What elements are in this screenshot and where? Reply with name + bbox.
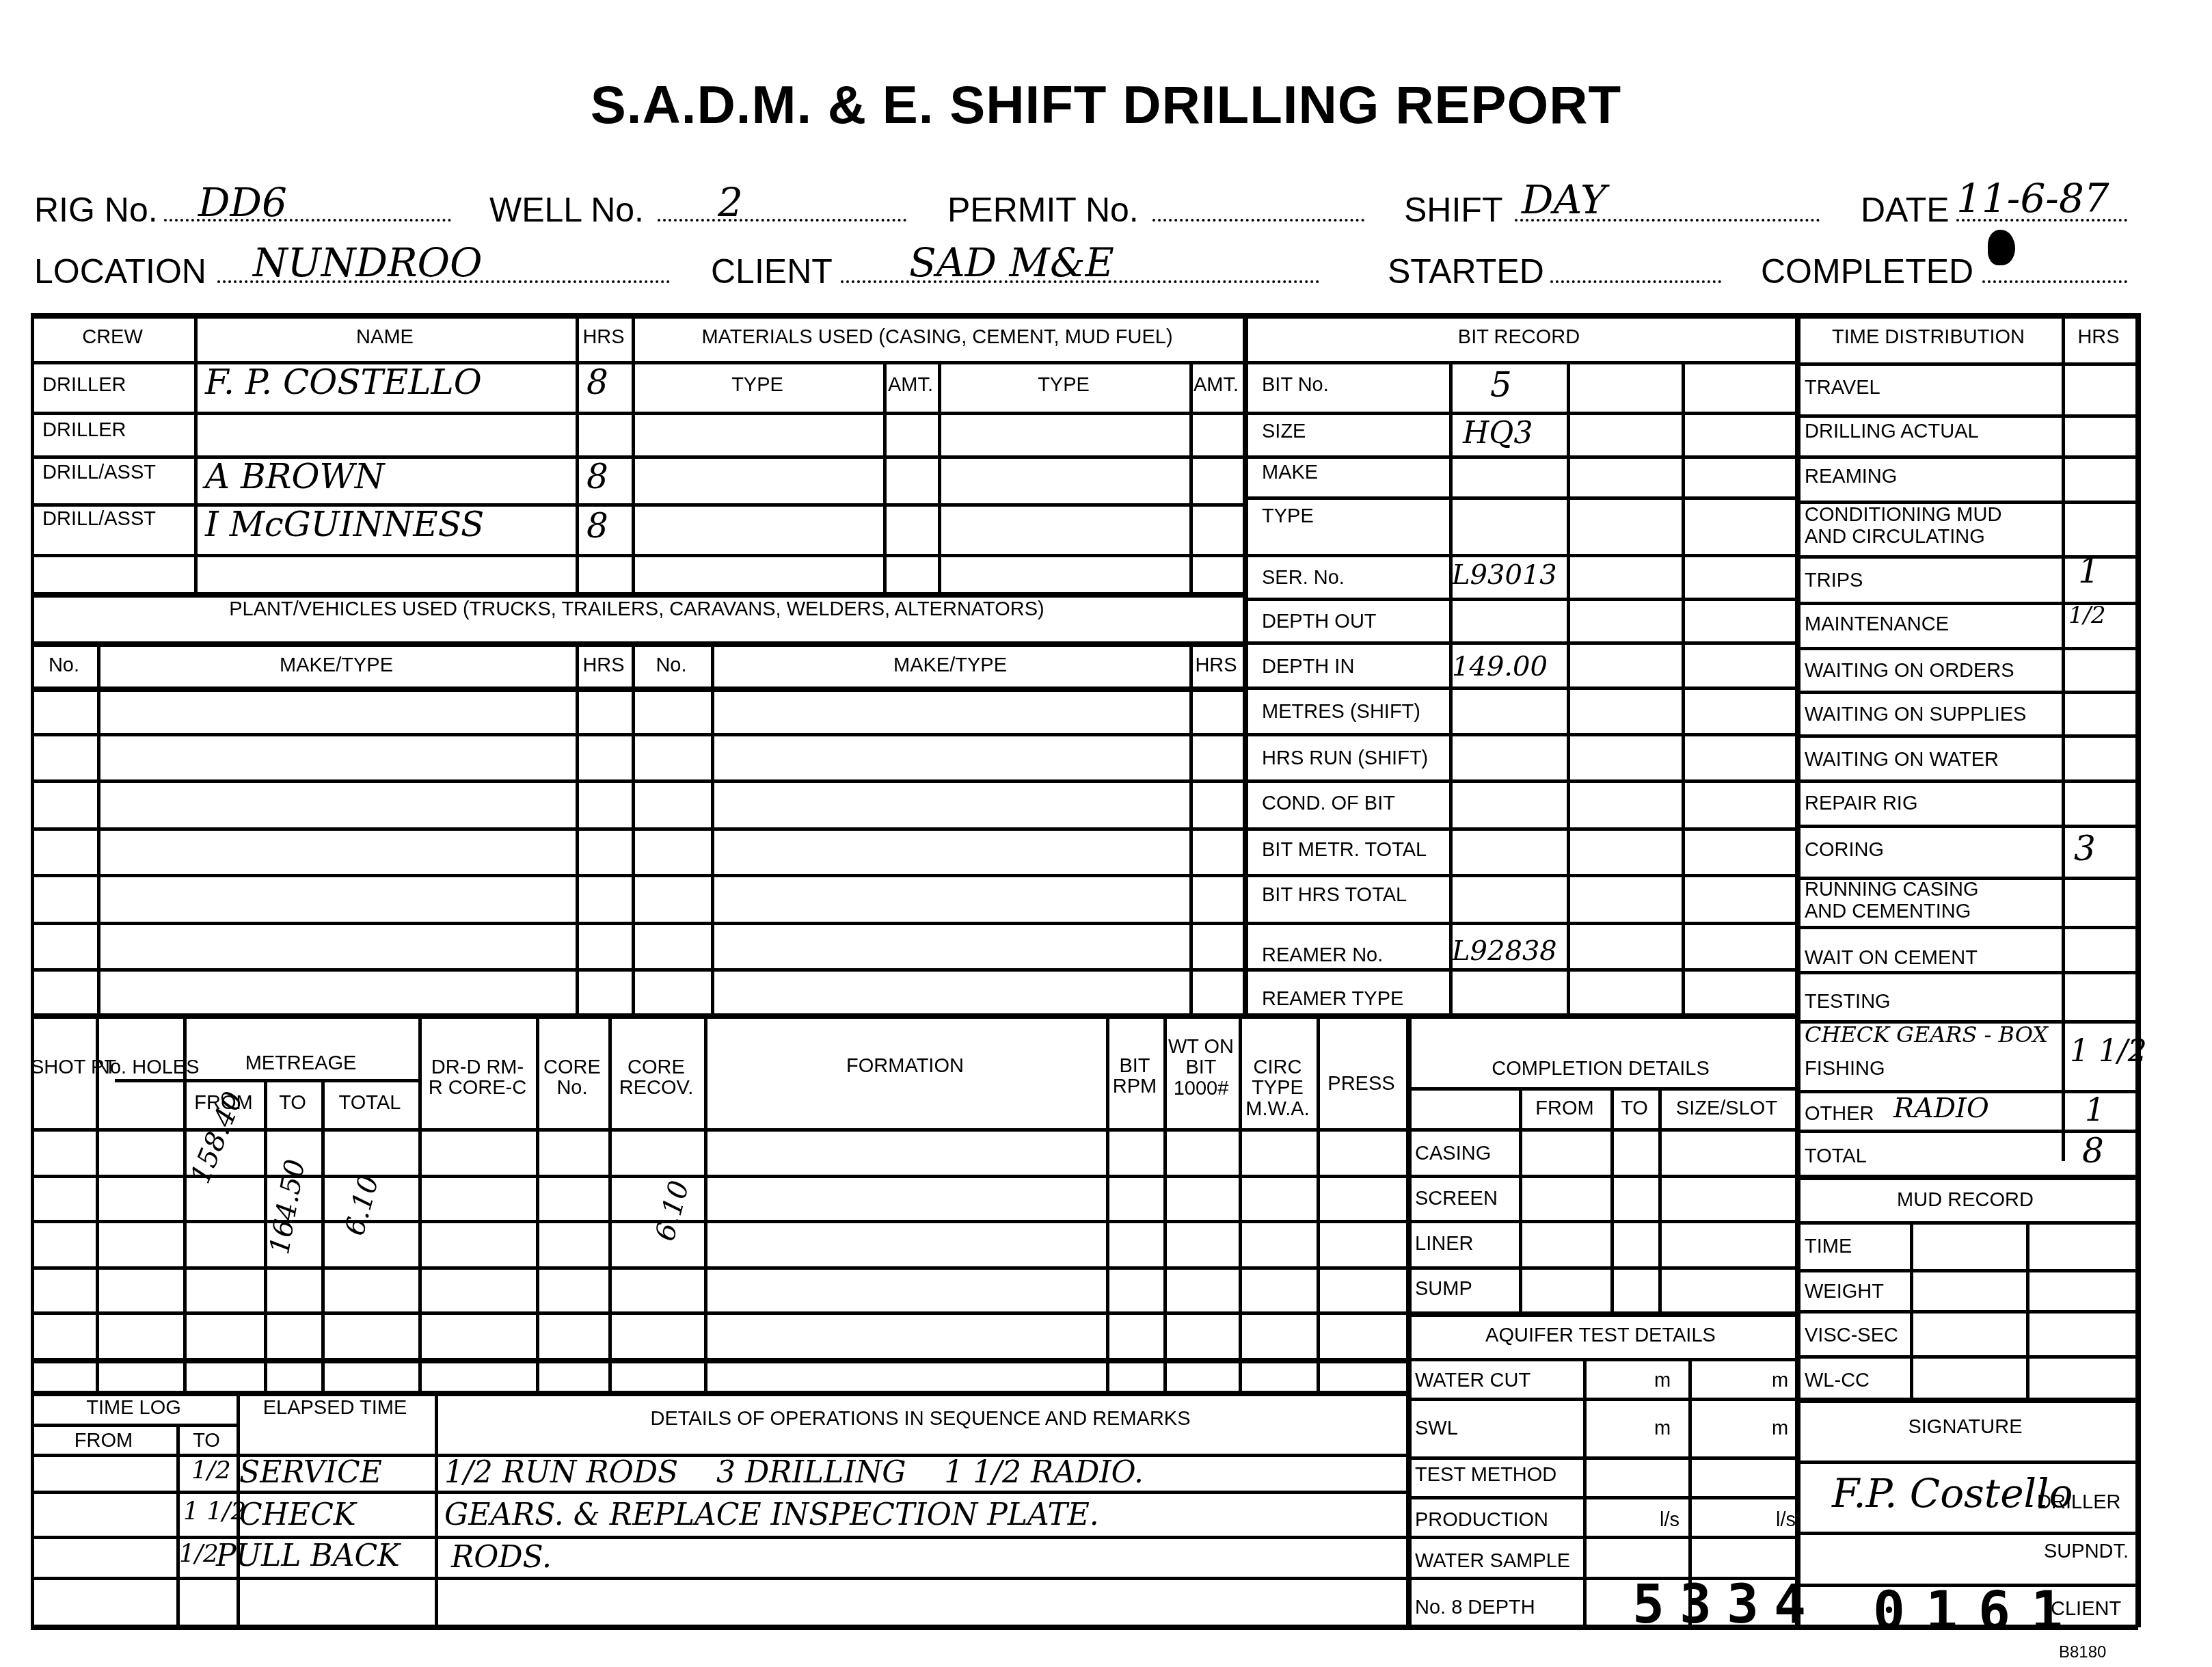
time-dist-hrs-header: HRS bbox=[2062, 327, 2135, 347]
grid-line bbox=[1795, 971, 2135, 974]
time-dist-label: TOTAL bbox=[1805, 1146, 1867, 1166]
time-dist-label: WAITING ON ORDERS bbox=[1805, 661, 2014, 681]
bit-label: HRS RUN (SHIFT) bbox=[1262, 748, 1428, 769]
grid-line bbox=[115, 1079, 421, 1082]
time-dist-label: REAMING bbox=[1805, 466, 1897, 487]
time-dist-label: WAIT ON CEMENT bbox=[1805, 948, 1978, 968]
details-header: DETAILS OF OPERATIONS IN SEQUENCE AND RE… bbox=[435, 1409, 1406, 1429]
grid-line bbox=[632, 313, 635, 592]
materials-type-header: TYPE bbox=[938, 375, 1189, 395]
grid-line bbox=[632, 641, 635, 1013]
name-header: NAME bbox=[194, 327, 576, 347]
crew-name[interactable]: A BROWN bbox=[205, 457, 385, 496]
completed-field-line[interactable] bbox=[1982, 280, 2127, 283]
bit-label: BIT No. bbox=[1262, 375, 1329, 395]
plant-make-header: MAKE/TYPE bbox=[97, 655, 576, 676]
bit-label: REAMER TYPE bbox=[1262, 989, 1403, 1009]
location-value[interactable]: NUNDROO bbox=[253, 239, 483, 286]
grid-line bbox=[576, 641, 579, 1013]
mud-label: TIME bbox=[1805, 1236, 1852, 1257]
grid-line bbox=[1406, 1456, 1795, 1460]
completion-to-header: TO bbox=[1610, 1098, 1658, 1119]
grid-line bbox=[1243, 641, 1795, 645]
grid-line bbox=[1243, 361, 1795, 364]
bit-label: BIT HRS TOTAL bbox=[1262, 885, 1407, 905]
time-log-elapsed[interactable]: SERVICE bbox=[239, 1455, 382, 1490]
time-log-title: TIME LOG bbox=[31, 1398, 237, 1418]
grid-line bbox=[1406, 1398, 1795, 1401]
started-field-line[interactable] bbox=[1550, 280, 1721, 283]
plant-title: PLANT/VEHICLES USED (TRUCKS, TRAILERS, C… bbox=[31, 599, 1243, 619]
time-log-to-header: TO bbox=[176, 1430, 237, 1451]
well-no-field-line[interactable] bbox=[658, 219, 906, 222]
grid-line bbox=[31, 592, 1243, 598]
grid-line bbox=[1795, 362, 2135, 366]
time-dist-label: TRAVEL bbox=[1805, 377, 1880, 398]
time-dist-label: DRILLING ACTUAL bbox=[1805, 421, 1979, 442]
grid-line bbox=[1406, 1536, 1795, 1539]
grid-line bbox=[1795, 779, 2135, 783]
grid-line bbox=[1610, 1087, 1614, 1311]
crew-hrs-header: HRS bbox=[576, 327, 632, 347]
bit-label: SER. No. bbox=[1262, 568, 1345, 588]
crew-role: DRILLER bbox=[42, 375, 126, 395]
crew-hrs[interactable]: 8 bbox=[586, 457, 608, 496]
grid-line bbox=[31, 554, 1243, 557]
grid-line bbox=[883, 361, 887, 592]
time-dist-hrs[interactable]: 1 bbox=[2078, 551, 2100, 591]
completion-title: COMPLETION DETAILS bbox=[1406, 1058, 1795, 1079]
grid-line bbox=[1583, 1358, 1587, 1625]
crew-header: CREW bbox=[31, 327, 194, 347]
client-value[interactable]: SAD M&E bbox=[909, 239, 1114, 286]
completed-label: COMPLETED bbox=[1761, 252, 1973, 291]
grid-line bbox=[711, 641, 714, 1013]
plant-no-header: No. bbox=[31, 655, 97, 676]
grid-line bbox=[31, 686, 1243, 692]
grid-line bbox=[1243, 968, 1795, 972]
grid-line bbox=[1243, 827, 1795, 831]
grid-line bbox=[1658, 1087, 1662, 1311]
grid-line bbox=[1795, 691, 2135, 694]
grid-line bbox=[31, 1424, 239, 1427]
bit-value[interactable]: L92838 bbox=[1452, 935, 1557, 967]
metreage-total-value[interactable]: 6.10 bbox=[339, 1172, 385, 1239]
completion-label: LINER bbox=[1415, 1233, 1473, 1254]
grid-line bbox=[1406, 1496, 1795, 1499]
aquifer-label: No. 8 DEPTH bbox=[1415, 1597, 1535, 1618]
report-title: S.A.D.M. & E. SHIFT DRILLING REPORT bbox=[0, 74, 2212, 136]
grid-line bbox=[1406, 1220, 1795, 1223]
grid-line bbox=[31, 1358, 1406, 1363]
bit-record-title: BIT RECORD bbox=[1243, 327, 1795, 347]
other-note[interactable]: RADIO bbox=[1893, 1093, 1989, 1124]
signature-title: SIGNATURE bbox=[1795, 1417, 2135, 1437]
grid-line bbox=[31, 1220, 1406, 1223]
grid-line bbox=[1406, 1087, 1795, 1091]
grid-line bbox=[321, 1079, 325, 1391]
grid-line bbox=[194, 313, 198, 592]
ink-blot bbox=[1988, 230, 2015, 265]
bit-label: METRES (SHIFT) bbox=[1262, 702, 1420, 722]
shift-value[interactable]: DAY bbox=[1522, 176, 1606, 223]
grid-line bbox=[1243, 554, 1795, 557]
well-no-label: WELL No. bbox=[489, 190, 644, 230]
client-sig-label: CLIENT bbox=[2051, 1599, 2121, 1619]
time-log-elapsed[interactable]: PULL BACK bbox=[216, 1538, 400, 1573]
grid-line bbox=[1189, 361, 1193, 592]
materials-type-header: TYPE bbox=[632, 375, 883, 395]
completion-label: SCREEN bbox=[1415, 1188, 1498, 1209]
elapsed-time-header: ELAPSED TIME bbox=[260, 1398, 410, 1418]
time-dist-label: WAITING ON WATER bbox=[1805, 749, 1999, 770]
aquifer-unit: m bbox=[1772, 1370, 1788, 1391]
fishing-note[interactable]: CHECK GEARS - BOX bbox=[1805, 1022, 2048, 1048]
time-dist-hrs[interactable]: 1/2 bbox=[2068, 602, 2106, 629]
divider-bit-record bbox=[1243, 313, 1248, 1013]
no-holes-header: No. HOLES bbox=[96, 1057, 183, 1078]
crew-role: DRILLER bbox=[42, 420, 126, 440]
time-log-to[interactable]: 1/2 bbox=[179, 1540, 219, 1568]
time-dist-label: CORING bbox=[1805, 840, 1884, 860]
time-log-details[interactable]: RODS. bbox=[451, 1540, 552, 1575]
grid-line bbox=[1795, 455, 2135, 459]
frame-top bbox=[31, 313, 2138, 319]
aquifer-unit: m bbox=[1772, 1418, 1788, 1439]
time-dist-hrs[interactable]: 1 bbox=[2085, 1091, 2105, 1128]
mud-record-title: MUD RECORD bbox=[1795, 1190, 2135, 1210]
grid-line bbox=[1406, 1311, 1795, 1317]
drd-header: DR-D RM-R CORE-C bbox=[428, 1057, 527, 1099]
plant-hrs-header: HRS bbox=[1189, 655, 1243, 676]
metreage-to-value[interactable]: 164.50 bbox=[264, 1157, 312, 1257]
grid-line bbox=[31, 1266, 1406, 1270]
aquifer-unit: l/s bbox=[1660, 1510, 1680, 1530]
bit-label: DEPTH OUT bbox=[1262, 611, 1377, 632]
mud-label: VISC-SEC bbox=[1805, 1325, 1898, 1346]
time-dist-label: CONDITIONING MUD bbox=[1805, 505, 2001, 525]
aquifer-unit: l/s bbox=[1776, 1510, 1796, 1530]
grid-line bbox=[1243, 733, 1795, 736]
aquifer-label: WATER CUT bbox=[1415, 1370, 1530, 1391]
time-dist-label: OTHER bbox=[1805, 1104, 1874, 1124]
materials-amt-header: AMT. bbox=[1189, 375, 1243, 395]
grid-line bbox=[1243, 779, 1795, 783]
grid-line bbox=[31, 1013, 1795, 1019]
grid-line bbox=[1795, 1175, 2135, 1180]
well-no-value[interactable]: 2 bbox=[718, 179, 743, 226]
bit-label: TYPE bbox=[1262, 506, 1314, 526]
frame-right bbox=[2135, 313, 2141, 1627]
time-dist-label: TRIPS bbox=[1805, 570, 1863, 591]
bit-value[interactable]: L93013 bbox=[1452, 559, 1557, 591]
time-log-details[interactable]: GEARS. & REPLACE INSPECTION PLATE. bbox=[444, 1497, 1099, 1532]
time-dist-total-hrs[interactable]: 8 bbox=[2082, 1131, 2104, 1171]
core-no-header: CORE No. bbox=[536, 1057, 608, 1099]
grid-line bbox=[576, 313, 579, 592]
time-log-elapsed[interactable]: CHECK bbox=[239, 1497, 356, 1532]
grid-line bbox=[1795, 1461, 2135, 1464]
aquifer-unit: m bbox=[1654, 1370, 1671, 1391]
grid-line bbox=[938, 361, 941, 592]
grid-line bbox=[1243, 922, 1795, 925]
permit-no-label: PERMIT No. bbox=[947, 190, 1139, 230]
completion-size-header: SIZE/SLOT bbox=[1658, 1098, 1795, 1119]
grid-line bbox=[31, 874, 1243, 877]
core-recov-value[interactable]: 6.10 bbox=[649, 1177, 695, 1244]
aquifer-label: PRODUCTION bbox=[1415, 1510, 1548, 1530]
grid-line bbox=[31, 922, 1243, 925]
metreage-total-header: TOTAL bbox=[321, 1093, 418, 1113]
bit-value[interactable]: HQ3 bbox=[1463, 416, 1533, 451]
time-log-to[interactable]: 1 1/2 bbox=[183, 1497, 246, 1525]
grid-line bbox=[418, 1013, 422, 1391]
mud-label: WL-CC bbox=[1805, 1370, 1870, 1391]
grid-line bbox=[1243, 686, 1795, 690]
grid-line bbox=[1795, 1310, 2135, 1313]
grid-line bbox=[1682, 361, 1685, 1013]
grid-line bbox=[1243, 455, 1795, 459]
crew-name[interactable]: F. P. COSTELLO bbox=[205, 362, 482, 402]
grid-line bbox=[1243, 598, 1795, 601]
shot-pt-header: SHOT PT bbox=[31, 1057, 96, 1078]
aquifer-label: SWL bbox=[1415, 1418, 1458, 1439]
aquifer-title: AQUIFER TEST DETAILS bbox=[1406, 1325, 1795, 1346]
grid-line bbox=[1243, 874, 1795, 877]
grid-line bbox=[1795, 734, 2135, 738]
no8-depth-value: 5334 bbox=[1632, 1574, 1821, 1636]
grid-line bbox=[2026, 1221, 2029, 1398]
grid-line bbox=[1795, 1398, 2135, 1403]
grid-line bbox=[1795, 1355, 2135, 1359]
crew-role: DRILL/ASST bbox=[42, 462, 156, 483]
core-recov-header: CORE RECOV. bbox=[608, 1057, 704, 1099]
time-dist-hrs[interactable]: 1 1/2 bbox=[2070, 1034, 2147, 1069]
grid-line bbox=[1795, 1221, 2135, 1225]
materials-amt-header: AMT. bbox=[883, 375, 938, 395]
crew-role: DRILL/ASST bbox=[42, 509, 156, 529]
client-label: CLIENT bbox=[711, 252, 833, 291]
time-dist-label: AND CIRCULATING bbox=[1805, 526, 1985, 547]
crew-name[interactable]: I McGUINNESS bbox=[205, 505, 484, 544]
grid-line bbox=[1519, 1087, 1522, 1311]
started-label: STARTED bbox=[1388, 252, 1544, 291]
grid-line bbox=[1406, 1128, 1795, 1132]
location-label: LOCATION bbox=[34, 252, 206, 291]
metreage-header: METREAGE bbox=[183, 1053, 418, 1073]
grid-line bbox=[97, 641, 100, 1013]
time-dist-label: TESTING bbox=[1805, 991, 1891, 1012]
circ-type-header: CIRC TYPE M.W.A. bbox=[1239, 1057, 1317, 1119]
wt-on-bit-header: WT ON BIT 1000# bbox=[1163, 1037, 1239, 1099]
bit-rpm-header: BIT RPM bbox=[1106, 1056, 1163, 1097]
time-dist-label: WAITING ON SUPPLIES bbox=[1805, 704, 2026, 725]
time-log-from-header: FROM bbox=[31, 1430, 176, 1451]
grid-line bbox=[1406, 1266, 1795, 1270]
plant-make-header: MAKE/TYPE bbox=[711, 655, 1189, 676]
plant-no-header: No. bbox=[632, 655, 711, 676]
grid-line bbox=[31, 1311, 1406, 1315]
grid-line bbox=[176, 1424, 180, 1625]
bit-label: DEPTH IN bbox=[1262, 656, 1354, 677]
completion-label: CASING bbox=[1415, 1143, 1491, 1164]
form-code: B8180 bbox=[2059, 1644, 2106, 1661]
supndt-label: SUPNDT. bbox=[2044, 1541, 2129, 1562]
mud-label: WEIGHT bbox=[1805, 1281, 1884, 1302]
aquifer-unit: m bbox=[1654, 1418, 1671, 1439]
aquifer-label: TEST METHOD bbox=[1415, 1465, 1556, 1485]
rig-no-label: RIG No. bbox=[34, 190, 158, 230]
grid-line bbox=[1243, 496, 1795, 500]
bit-label: SIZE bbox=[1262, 421, 1306, 442]
metreage-to-header: TO bbox=[264, 1093, 321, 1113]
materials-title: MATERIALS USED (CASING, CEMENT, MUD FUEL… bbox=[632, 327, 1243, 347]
grid-line bbox=[1449, 361, 1453, 1013]
completion-from-header: FROM bbox=[1519, 1098, 1610, 1119]
time-dist-label: RUNNING CASING bbox=[1805, 879, 1979, 900]
time-log-details[interactable]: 1/2 RUN RODS 3 DRILLING 1 1/2 RADIO. bbox=[444, 1455, 1144, 1490]
grid-line bbox=[1795, 1269, 2135, 1272]
aquifer-label: WATER SAMPLE bbox=[1415, 1551, 1570, 1571]
permit-no-field-line[interactable] bbox=[1152, 219, 1364, 222]
grid-line bbox=[31, 641, 1243, 647]
driller-label: DRILLER bbox=[2037, 1492, 2121, 1512]
grid-line bbox=[31, 827, 1243, 831]
formation-header: FORMATION bbox=[704, 1056, 1106, 1076]
bit-label: BIT METR. TOTAL bbox=[1262, 840, 1427, 860]
bit-label: COND. OF BIT bbox=[1262, 793, 1395, 814]
time-dist-label: AND CEMENTING bbox=[1805, 901, 1971, 922]
grid-line bbox=[31, 968, 1243, 972]
grid-line bbox=[1795, 1532, 2135, 1535]
grid-line bbox=[1795, 647, 2135, 650]
grid-line bbox=[1567, 361, 1570, 1013]
grid-line bbox=[1795, 825, 2135, 828]
shift-label: SHIFT bbox=[1404, 190, 1502, 230]
bit-value[interactable]: 149.00 bbox=[1452, 651, 1548, 682]
bit-value[interactable]: 5 bbox=[1490, 365, 1512, 405]
grid-line bbox=[1406, 1358, 1795, 1361]
grid-line bbox=[1189, 641, 1193, 1013]
rig-no-value[interactable]: DD6 bbox=[198, 179, 287, 226]
time-dist-title: TIME DISTRIBUTION bbox=[1795, 327, 2062, 347]
grid-line bbox=[1243, 412, 1795, 415]
grid-line bbox=[1910, 1221, 1913, 1398]
grid-line bbox=[1406, 1175, 1795, 1178]
time-dist-label: FISHING bbox=[1805, 1058, 1885, 1079]
crew-hrs[interactable]: 8 bbox=[586, 362, 608, 402]
grid-line bbox=[31, 733, 1243, 736]
date-value[interactable]: 11-6-87 bbox=[1956, 175, 2109, 222]
grid-line bbox=[1795, 414, 2135, 418]
bit-label: REAMER No. bbox=[1262, 945, 1383, 965]
time-log-to[interactable]: 1/2 bbox=[191, 1456, 231, 1484]
plant-hrs-header: HRS bbox=[576, 655, 632, 676]
time-dist-hrs[interactable]: 3 bbox=[2074, 829, 2096, 868]
completion-label: SUMP bbox=[1415, 1279, 1472, 1299]
bit-label: MAKE bbox=[1262, 462, 1318, 483]
time-dist-label: REPAIR RIG bbox=[1805, 793, 1917, 814]
date-label: DATE bbox=[1861, 190, 1950, 230]
press-header: PRESS bbox=[1317, 1073, 1406, 1094]
grid-line bbox=[31, 1175, 1406, 1178]
grid-line bbox=[31, 779, 1243, 783]
crew-hrs[interactable]: 8 bbox=[586, 506, 608, 546]
frame-bottom bbox=[31, 1625, 2138, 1630]
grid-line bbox=[31, 412, 1243, 415]
grid-line bbox=[1317, 1013, 1320, 1391]
grid-line bbox=[1795, 926, 2135, 929]
time-dist-label: MAINTENANCE bbox=[1805, 614, 1949, 635]
